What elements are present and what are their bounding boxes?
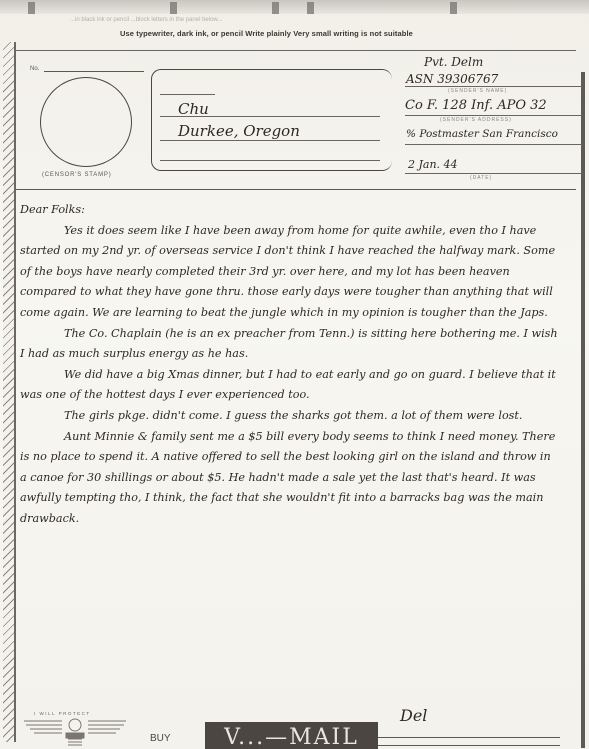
letter-greeting: Dear Folks: xyxy=(20,200,560,221)
recipient-line-1: Chu xyxy=(178,100,209,118)
buy-label: BUY xyxy=(150,733,171,744)
date-label: (DATE) xyxy=(470,175,492,181)
sender-name-rule xyxy=(405,86,583,87)
left-hatched-margin xyxy=(3,42,16,742)
eagle-emblem-icon xyxy=(22,711,128,747)
sender-address-rule xyxy=(405,115,583,116)
letter-paragraph: The girls pkge. didn't come. I guess the… xyxy=(20,406,560,427)
sender-name: Pvt. Delm xyxy=(424,55,483,69)
faint-instruction: ...in black ink or pencil ...block lette… xyxy=(70,17,222,23)
signature: Del xyxy=(400,706,427,725)
postmaster-rule xyxy=(405,144,583,145)
address-rule xyxy=(160,160,380,161)
writing-instructions: Use typewriter, dark ink, or pencil Writ… xyxy=(120,29,413,38)
number-label: No. xyxy=(30,66,39,72)
date-rule xyxy=(405,173,583,174)
recipient-line-2: Durkee, Oregon xyxy=(178,122,300,140)
header-divider xyxy=(16,189,576,190)
senders-address-label: (SENDER'S ADDRESS) xyxy=(440,117,512,123)
scan-top-edge xyxy=(0,0,589,14)
vmail-letter-sheet: ...in black ink or pencil ...block lette… xyxy=(0,0,589,749)
address-rule xyxy=(160,94,215,95)
letter-paragraph: We did have a big Xmas dinner, but I had… xyxy=(20,365,560,406)
footer-rule xyxy=(378,737,560,738)
senders-name-label: (SENDER'S NAME) xyxy=(448,88,507,94)
letter-paragraph: Aunt Minnie & family sent me a $5 bill e… xyxy=(20,427,560,530)
sender-unit: Co F. 128 Inf. APO 32 xyxy=(405,98,547,113)
sender-postmaster: % Postmaster San Francisco xyxy=(406,128,558,140)
footer-rule xyxy=(378,745,560,746)
sender-asn: ASN 39306767 xyxy=(406,72,498,86)
vmail-banner: V...—MAIL xyxy=(205,722,378,749)
address-rule xyxy=(160,140,380,141)
letter-paragraph: The Co. Chaplain (he is an ex preacher f… xyxy=(20,324,560,365)
number-line xyxy=(44,71,144,72)
letter-paragraph: Yes it does seem like I have been away f… xyxy=(20,221,560,324)
recipient-address-box xyxy=(151,69,392,171)
censor-stamp-label: (CENSOR'S STAMP) xyxy=(42,172,112,178)
censor-stamp-circle xyxy=(40,77,132,167)
letter-body: Dear Folks: Yes it does seem like I have… xyxy=(20,200,560,530)
letter-date: 2 Jan. 44 xyxy=(408,158,458,171)
